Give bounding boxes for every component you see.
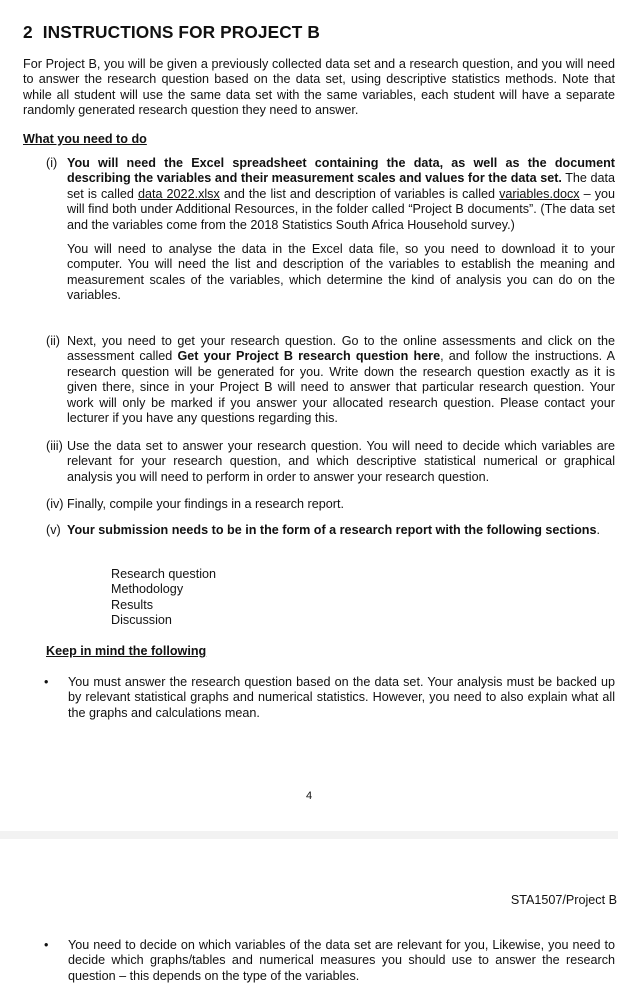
instruction-item-v: (v) Your submission needs to be in the f… xyxy=(46,523,615,538)
instruction-item-iii: (iii) Use the data set to answer your re… xyxy=(46,439,615,485)
item-paragraph-2: You will need to analyse the data in the… xyxy=(67,242,615,304)
keep-in-mind-heading: Keep in mind the following xyxy=(46,644,206,658)
instruction-item-ii: (ii) Next, you need to get your research… xyxy=(46,334,615,426)
page-number: 4 xyxy=(0,790,618,802)
instruction-item-i: (i) You will need the Excel spreadsheet … xyxy=(46,156,615,304)
item-text: Use the data set to answer your research… xyxy=(67,439,615,485)
document-page-5: STA1507/Project B • You need to decide o… xyxy=(0,839,618,995)
bullet-item: • You must answer the research question … xyxy=(44,675,615,721)
bullet-text: You must answer the research question ba… xyxy=(68,675,615,721)
variables-file-link: variables.docx xyxy=(499,187,580,201)
bullet-text: You need to decide on which variables of… xyxy=(68,938,615,984)
item-label: (iii) xyxy=(46,439,63,454)
report-section: Discussion xyxy=(111,613,216,628)
item-text: and the list and description of variable… xyxy=(220,187,499,201)
item-label: (v) xyxy=(46,523,61,538)
section-heading: 2INSTRUCTIONS FOR PROJECT B xyxy=(23,22,320,43)
item-bold-text: Your submission needs to be in the form … xyxy=(67,523,596,537)
bullet-icon: • xyxy=(44,938,48,953)
item-text: Finally, compile your findings in a rese… xyxy=(67,497,615,512)
report-section: Research question xyxy=(111,567,216,582)
item-text: . xyxy=(596,523,600,537)
instruction-item-iv: (iv) Finally, compile your findings in a… xyxy=(46,497,615,512)
data-file-link: data 2022.xlsx xyxy=(138,187,220,201)
bullet-icon: • xyxy=(44,675,48,690)
report-section: Results xyxy=(111,598,216,613)
page-header: STA1507/Project B xyxy=(511,893,617,907)
page-separator xyxy=(0,831,618,839)
item-bold-lead: You will need the Excel spreadsheet cont… xyxy=(67,156,615,185)
bullet-item: • You need to decide on which variables … xyxy=(44,938,615,984)
section-title: INSTRUCTIONS FOR PROJECT B xyxy=(43,22,320,42)
item-label: (iv) xyxy=(46,497,63,512)
intro-paragraph: For Project B, you will be given a previ… xyxy=(23,57,615,119)
item-label: (ii) xyxy=(46,334,60,349)
section-number: 2 xyxy=(23,22,33,42)
assessment-name: Get your Project B research question her… xyxy=(177,349,440,363)
report-sections-list: Research question Methodology Results Di… xyxy=(111,567,216,629)
report-section: Methodology xyxy=(111,582,216,597)
item-label: (i) xyxy=(46,156,57,171)
document-page-4: 2INSTRUCTIONS FOR PROJECT B For Project … xyxy=(0,0,618,831)
what-you-need-heading: What you need to do xyxy=(23,132,147,146)
